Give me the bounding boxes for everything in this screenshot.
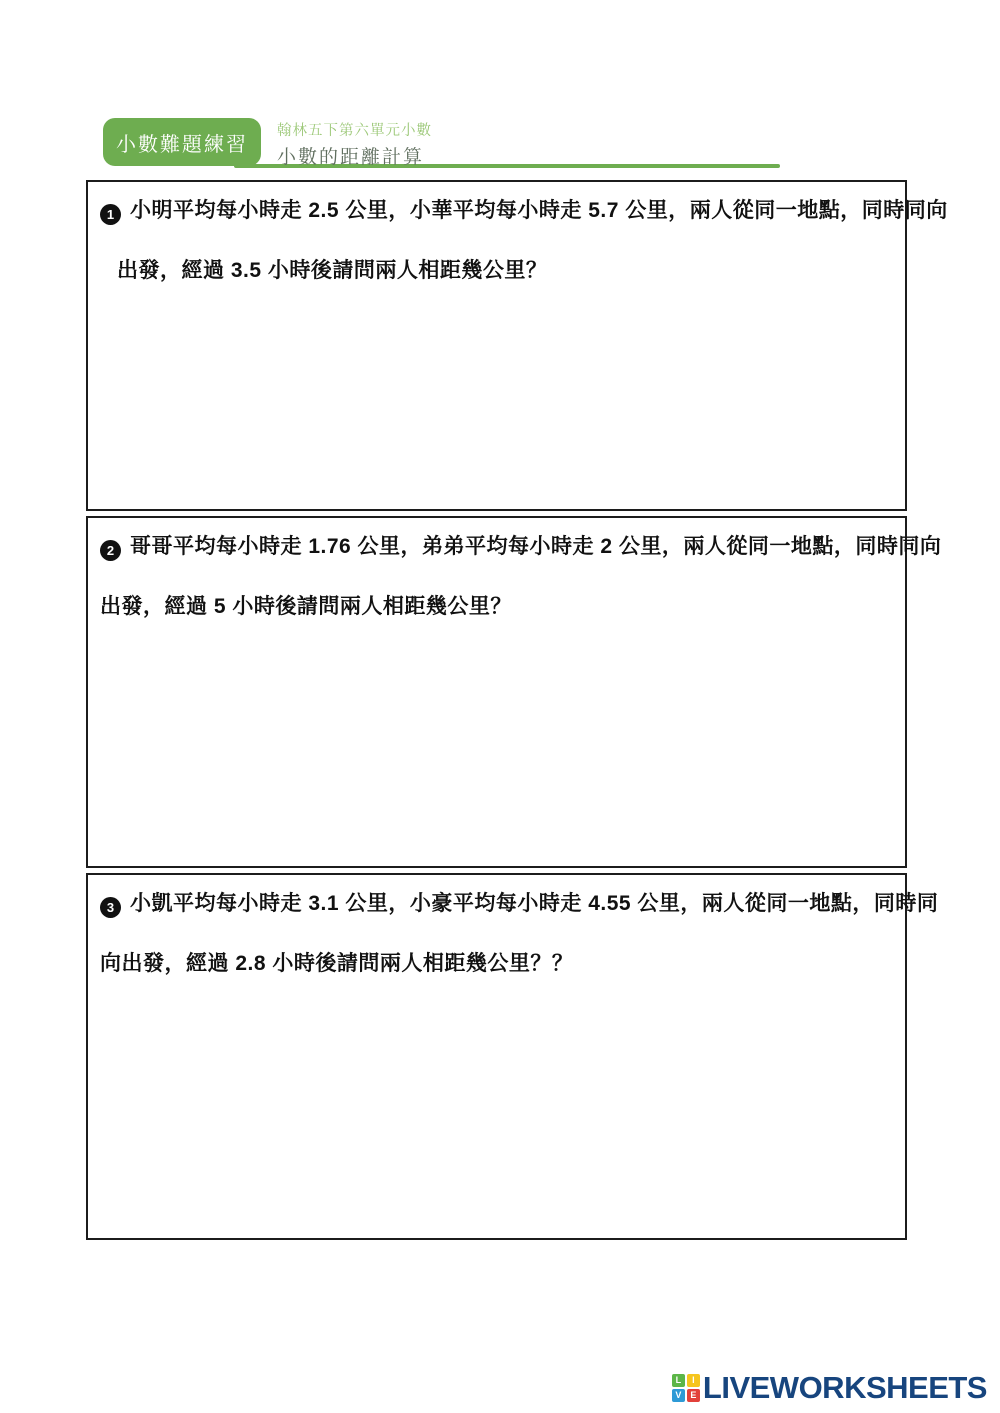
problem-1-answer-area[interactable]: [100, 284, 893, 484]
problem-2-text-2: 出發，經過 5 小時後請問兩人相距幾公里？: [100, 595, 512, 618]
problem-3-line-2: 向出發，經過 2.8 小時後請問兩人相距幾公里？？: [100, 951, 893, 977]
unit-subtitle: 翰林五下第六單元小數: [277, 119, 432, 140]
problem-2-text-1: 哥哥平均每小時走 1.76 公里，弟弟平均每小時走 2 公里，兩人從同一地點，同…: [130, 535, 941, 558]
problem-1-text-2: 出發，經過 3.5 小時後請問兩人相距幾公里？: [117, 259, 547, 282]
problem-2-line-2: 出發，經過 5 小時後請問兩人相距幾公里？: [100, 594, 893, 620]
logo-square-e: E: [687, 1389, 700, 1402]
problem-3-number-icon: 3: [100, 897, 121, 918]
worksheet-title-badge: 小數難題練習: [103, 118, 261, 166]
problem-box-2: 2哥哥平均每小時走 1.76 公里，弟弟平均每小時走 2 公里，兩人從同一地點，…: [86, 516, 907, 868]
problem-3-text-2: 向出發，經過 2.8 小時後請問兩人相距幾公里？？: [100, 952, 573, 975]
problem-box-3: 3小凱平均每小時走 3.1 公里，小豪平均每小時走 4.55 公里，兩人從同一地…: [86, 873, 907, 1240]
problem-box-1: 1小明平均每小時走 2.5 公里，小華平均每小時走 5.7 公里，兩人從同一地點…: [86, 180, 907, 511]
topic-subtitle: 小數的距離計算: [277, 142, 432, 169]
problem-3-line-1: 3小凱平均每小時走 3.1 公里，小豪平均每小時走 4.55 公里，兩人從同一地…: [100, 891, 893, 918]
problem-2-number-icon: 2: [100, 540, 121, 561]
liveworksheets-logo[interactable]: L I V E LIVEWORKSHEETS: [672, 1370, 987, 1406]
logo-square-v: V: [672, 1389, 685, 1402]
worksheet-title-label: 小數難題練習: [116, 128, 248, 157]
logo-square-i: I: [687, 1374, 700, 1387]
problem-2-answer-area[interactable]: [100, 620, 893, 820]
logo-square-l: L: [672, 1374, 685, 1387]
problem-1-line-2: 出發，經過 3.5 小時後請問兩人相距幾公里？: [100, 258, 893, 284]
problem-3-text-1: 小凱平均每小時走 3.1 公里，小豪平均每小時走 4.55 公里，兩人從同一地點…: [130, 892, 938, 915]
liveworksheets-grid-icon: L I V E: [672, 1374, 700, 1402]
problem-1-text-1: 小明平均每小時走 2.5 公里，小華平均每小時走 5.7 公里，兩人從同一地點，…: [130, 199, 948, 222]
problem-3-answer-area[interactable]: [100, 977, 893, 1177]
header-subtitles: 翰林五下第六單元小數 小數的距離計算: [277, 119, 432, 169]
problem-2-line-1: 2哥哥平均每小時走 1.76 公里，弟弟平均每小時走 2 公里，兩人從同一地點，…: [100, 534, 893, 561]
liveworksheets-wordmark: LIVEWORKSHEETS: [703, 1370, 987, 1406]
problem-1-number-icon: 1: [100, 204, 121, 225]
problem-1-line-1: 1小明平均每小時走 2.5 公里，小華平均每小時走 5.7 公里，兩人從同一地點…: [100, 198, 893, 225]
